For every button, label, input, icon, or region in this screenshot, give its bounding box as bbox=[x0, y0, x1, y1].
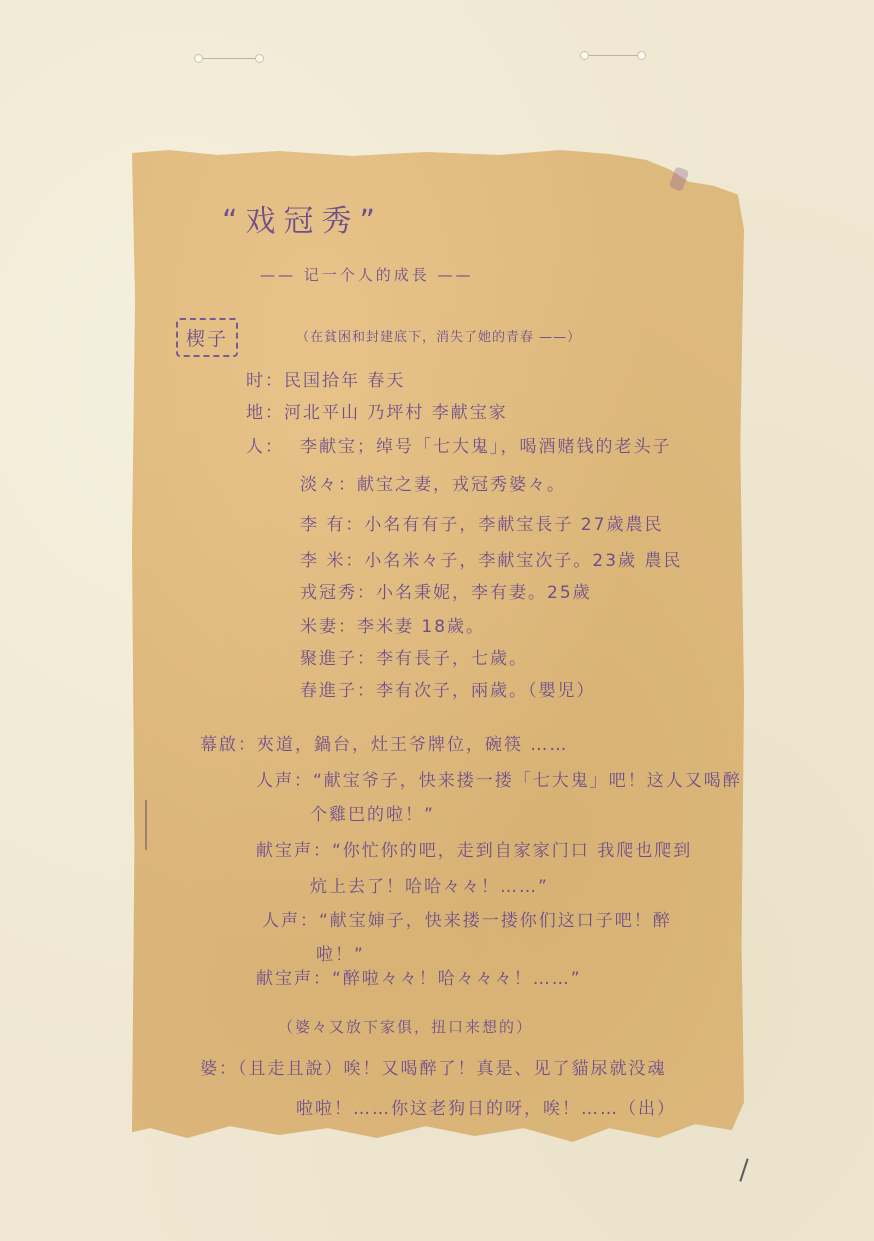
character-name: 聚進子 bbox=[300, 649, 357, 669]
setting-place: 地：河北平山 乃坪村 李献宝家 bbox=[246, 398, 508, 423]
character-desc: ：献宝之妻，戎冠秀婆々。 bbox=[338, 475, 566, 495]
character-name: 李 有 bbox=[300, 515, 345, 535]
document-title: “戏冠秀” bbox=[222, 196, 383, 240]
character-desc: ：李有長子，七歲。 bbox=[357, 649, 528, 669]
pencil-smudge bbox=[145, 800, 147, 850]
character-row: 李 米：小名米々子，李献宝次子。23歲 農民 bbox=[300, 546, 682, 571]
setting-time: 时：民国拾年 春天 bbox=[246, 366, 405, 391]
character-desc: ：李米妻 18歲。 bbox=[338, 617, 485, 637]
character-name: 淡々 bbox=[300, 475, 338, 495]
script-line: 啦啦！……你这老狗日的呀，唉！……（出） bbox=[296, 1094, 676, 1119]
script-line: 献宝声：“你忙你的吧，走到自家家门口 我爬也爬到 bbox=[256, 836, 692, 861]
character-row: 聚進子：李有長子，七歲。 bbox=[300, 644, 528, 669]
document-subtitle: —— 记一个人的成長 —— bbox=[260, 264, 474, 285]
script-line: 人声：“献宝婶子，快来搂一搂你们这口子吧！醉 bbox=[262, 906, 672, 931]
stage-direction: （婆々又放下家俱，扭口来想的） bbox=[278, 1016, 533, 1037]
characters-label: 人： bbox=[246, 432, 284, 457]
character-desc: ：李有次子，兩歲。（嬰児） bbox=[357, 681, 596, 701]
prologue-label: 楔子 bbox=[176, 318, 238, 357]
character-name: 李献宝 bbox=[300, 437, 357, 457]
character-row: 戎冠秀：小名秉妮，李有妻。25歲 bbox=[300, 578, 592, 603]
character-name: 米妻 bbox=[300, 617, 338, 637]
character-desc: ；绰号「七大鬼」，喝酒赌钱的老头子 bbox=[357, 437, 672, 457]
script-line: 幕啟：夾道，鍋台，灶王爷牌位，碗筷 …… bbox=[200, 730, 568, 755]
script-line: 啦！” bbox=[316, 940, 365, 965]
character-row: 春進子：李有次子，兩歲。（嬰児） bbox=[300, 676, 596, 701]
character-desc: ：小名有有子，李献宝長子 27歲農民 bbox=[345, 515, 663, 535]
script-line: 献宝声：“醉啦々々！哈々々々！……” bbox=[256, 964, 582, 989]
staple-left bbox=[198, 58, 260, 65]
character-desc: ：小名米々子，李献宝次子。23歲 農民 bbox=[345, 551, 682, 571]
character-row: 淡々：献宝之妻，戎冠秀婆々。 bbox=[300, 470, 566, 495]
staple-right bbox=[584, 55, 642, 62]
script-line: 人声：“献宝爷子，快来搂一搂「七大鬼」吧！这人又喝醉 bbox=[256, 766, 742, 791]
character-row: 米妻：李米妻 18歲。 bbox=[300, 612, 485, 637]
character-name: 春進子 bbox=[300, 681, 357, 701]
prologue-note: （在貧困和封建底下，消失了她的青春 ——） bbox=[296, 326, 581, 345]
script-line: 婆：（且走且說）唉！又喝醉了！真是、见了貓尿就没魂 bbox=[200, 1054, 667, 1079]
script-line: 炕上去了！哈哈々々！……” bbox=[310, 872, 549, 897]
character-row: 李献宝；绰号「七大鬼」，喝酒赌钱的老头子 bbox=[300, 432, 672, 457]
character-desc: ：小名秉妮，李有妻。25歲 bbox=[357, 583, 592, 603]
character-name: 戎冠秀 bbox=[300, 583, 357, 603]
character-row: 李 有：小名有有子，李献宝長子 27歲農民 bbox=[300, 510, 663, 535]
script-line: 个雞巴的啦！” bbox=[310, 800, 435, 825]
character-name: 李 米 bbox=[300, 551, 345, 571]
